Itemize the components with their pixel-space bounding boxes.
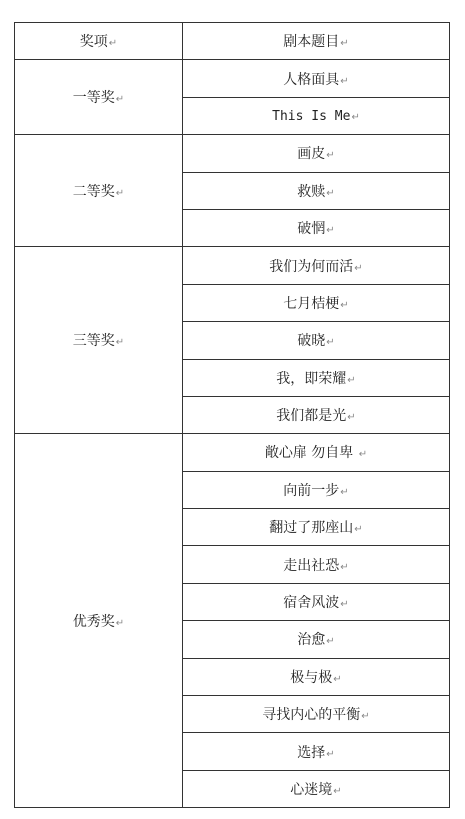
script-title-cell: This Is Me↵ [183,97,450,134]
script-title-cell: 治愈↵ [183,621,450,658]
script-title-cell: 宿舍风波↵ [183,583,450,620]
header-award: 奖项↵ [15,23,183,60]
script-title-cell: 我们为何而活↵ [183,247,450,284]
award-cell: 一等奖↵ [15,60,183,135]
script-title-cell: 破惘↵ [183,209,450,246]
award-cell: 二等奖↵ [15,135,183,247]
script-title-cell: 人格面具↵ [183,60,450,97]
table-row: 一等奖↵人格面具↵ [15,60,450,97]
script-title-cell: 走出社恐↵ [183,546,450,583]
script-title-cell: 破晓↵ [183,322,450,359]
script-title-cell: 极与极↵ [183,658,450,695]
script-title-cell: 寻找内心的平衡↵ [183,696,450,733]
script-title-cell: 救赎↵ [183,172,450,209]
script-title-cell: 敞心扉 勿自卑 ↵ [183,434,450,471]
script-title-cell: 画皮↵ [183,135,450,172]
table-row: 二等奖↵画皮↵ [15,135,450,172]
table-row: 三等奖↵我们为何而活↵ [15,247,450,284]
script-title-cell: 七月桔梗↵ [183,284,450,321]
script-title-cell: 翻过了那座山↵ [183,509,450,546]
header-row: 奖项↵ 剧本题目↵ [15,23,450,60]
header-title: 剧本题目↵ [183,23,450,60]
table-row: 优秀奖↵敞心扉 勿自卑 ↵ [15,434,450,471]
script-title-cell: 选择↵ [183,733,450,770]
script-title-cell: 我们都是光↵ [183,396,450,433]
script-title-cell: 心迷境↵ [183,770,450,807]
script-title-cell: 向前一步↵ [183,471,450,508]
award-cell: 优秀奖↵ [15,434,183,808]
script-title-cell: 我，即荣耀↵ [183,359,450,396]
award-cell: 三等奖↵ [15,247,183,434]
awards-table: 奖项↵ 剧本题目↵ 一等奖↵人格面具↵This Is Me↵二等奖↵画皮↵救赎↵… [14,22,450,808]
